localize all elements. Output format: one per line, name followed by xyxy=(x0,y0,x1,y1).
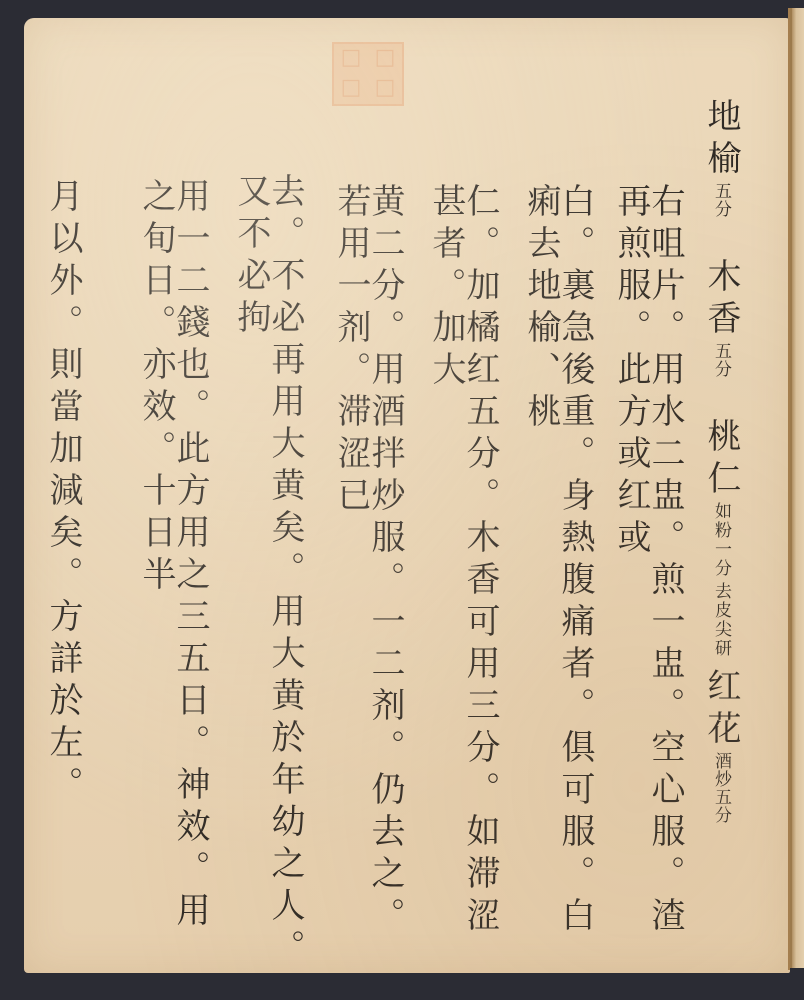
text-column-6: 去。不必再用大黄矣。用大黄於年幼之人。又不必拘 xyxy=(234,173,302,973)
collector-seal: □ □ □ □ xyxy=(332,42,404,106)
text-column-4: 仁。加橘红五分。木香可用三分。如滞涩甚者。加大 xyxy=(429,183,497,973)
herb-name: 红花 xyxy=(701,668,741,752)
text-column-7: 用一二錢也。此方用之三五日。神效。用之旬日。亦效。十日半 xyxy=(139,178,207,973)
seal-glyph: □ xyxy=(334,44,368,74)
herb-name: 地榆 xyxy=(701,98,741,182)
text-column-2: 右咀片。用水二盅。煎一盅。空心服。渣再煎服。此方或红或 xyxy=(614,183,682,973)
text-column-3: 白。裏急後重。身熱腹痛者。俱可服。白痢去地榆、桃 xyxy=(524,183,592,973)
herb-name: 木香 xyxy=(701,258,741,342)
text-column-8: 月以外。則當加減矣。方詳於左。 xyxy=(46,178,80,808)
annotation-right: 去皮尖研 xyxy=(712,582,729,658)
adjacent-page-edge xyxy=(790,8,804,968)
herb-dose: 五分 xyxy=(711,182,731,218)
herb-name: 桃仁 xyxy=(701,418,741,502)
manuscript-page: □ □ □ □ 地榆五分木香五分桃仁去皮尖研如粉一分红花酒炒五分 右咀片。用水二… xyxy=(24,18,790,973)
seal-glyph: □ xyxy=(368,44,402,74)
scan-background: □ □ □ □ 地榆五分木香五分桃仁去皮尖研如粉一分红花酒炒五分 右咀片。用水二… xyxy=(0,0,804,1000)
herb-dose: 五分 xyxy=(711,342,731,378)
seal-glyph: □ xyxy=(334,74,368,104)
herb-dose: 酒炒五分 xyxy=(711,752,731,824)
annotation-left: 如粉一分 xyxy=(712,502,729,578)
text-column-1: 地榆五分木香五分桃仁去皮尖研如粉一分红花酒炒五分 xyxy=(704,98,738,824)
herb-annotation: 去皮尖研如粉一分 xyxy=(712,502,729,658)
seal-glyph: □ xyxy=(368,74,402,104)
text-column-5: 黄二分。用酒拌炒服。一二剂。仍去之。若用一剂。滞涩已 xyxy=(334,183,402,973)
